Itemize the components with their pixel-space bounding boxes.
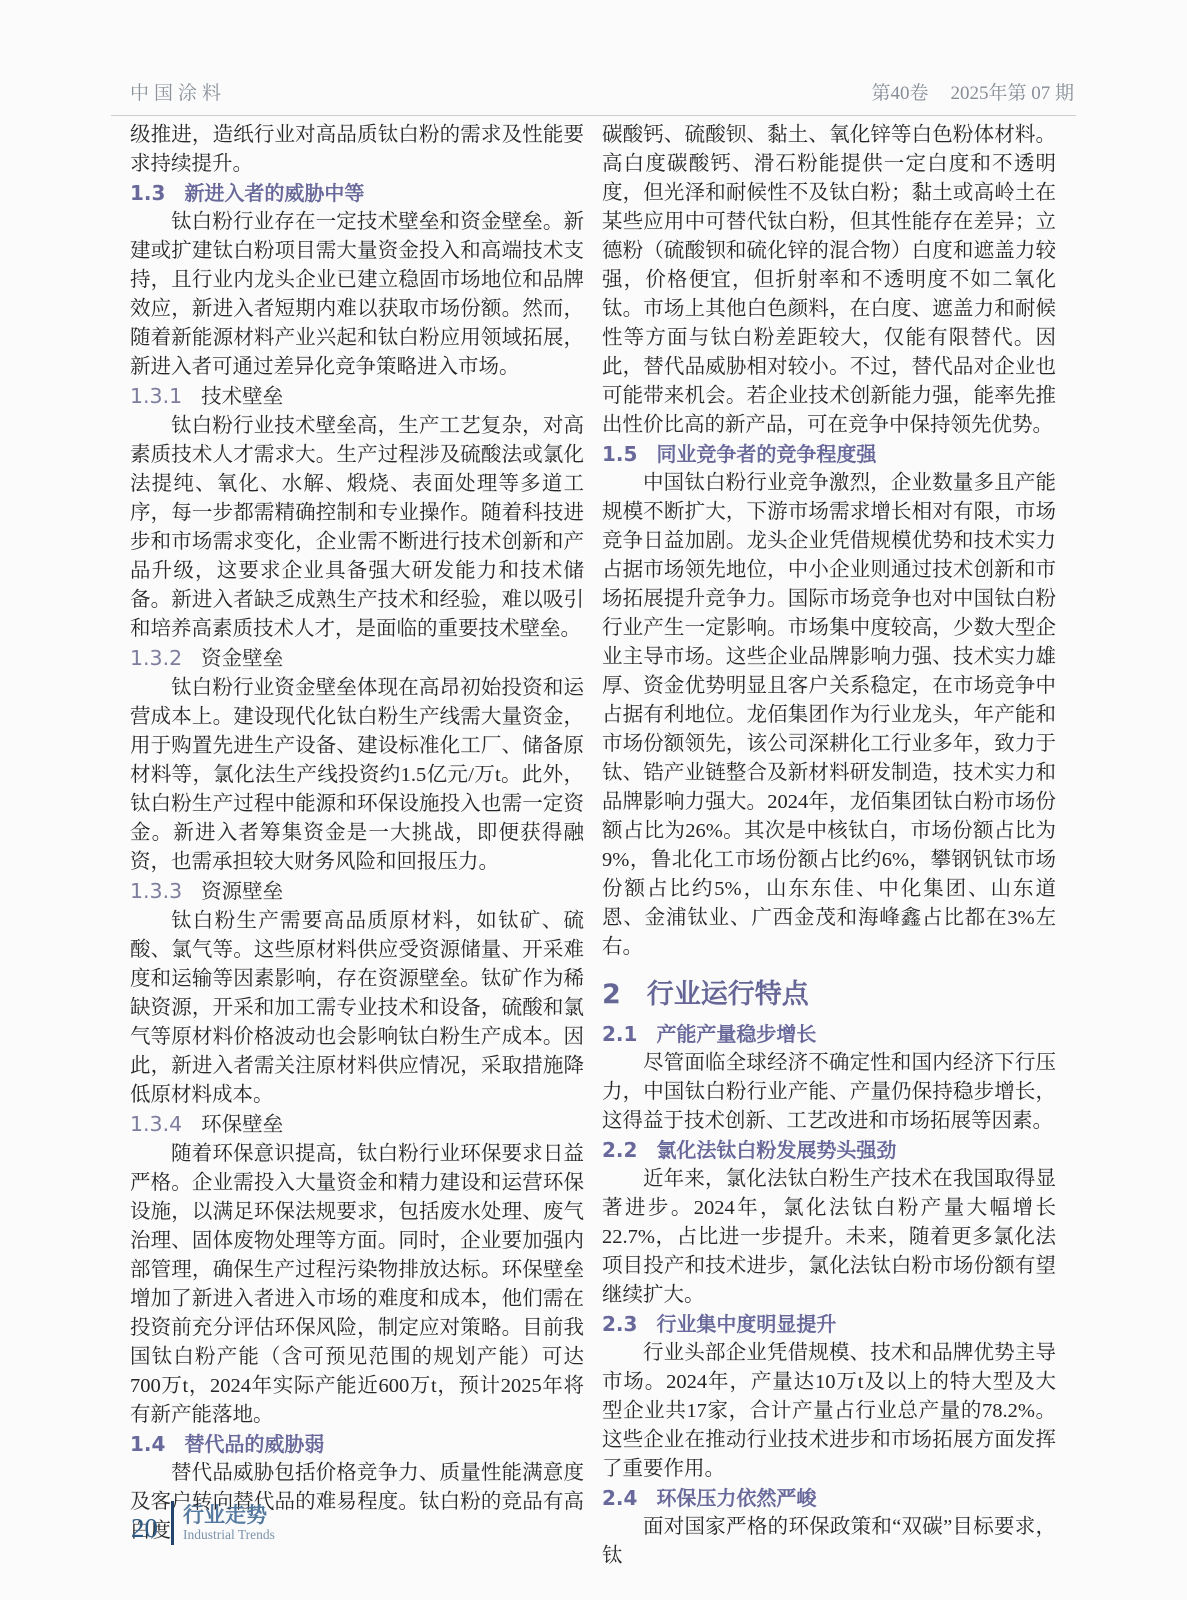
footer-section-subtitle: Industrial Trends [183, 1527, 275, 1543]
heading-number: 2.4 [602, 1486, 637, 1510]
article-body: 级推进，造纸行业对高品质钛白粉的需求及性能要求持续提升。1.3新进入者的威胁中等… [130, 121, 1056, 1571]
text-column: 级推进，造纸行业对高品质钛白粉的需求及性能要求持续提升。1.3新进入者的威胁中等… [130, 121, 584, 1571]
paragraph: 钛白粉行业存在一定技术壁垒和资金壁垒。新建或扩建钛白粉项目需大量资金投入和高端技… [130, 208, 584, 382]
heading-1.3.2: 1.3.2资金壁垒 [130, 644, 584, 674]
heading-title: 环保压力依然严峻 [656, 1486, 816, 1510]
heading-2.1: 2.1产能产量稳步增长 [602, 1020, 1056, 1049]
footer-section: 行业走势 Industrial Trends [183, 1503, 275, 1543]
heading-number: 2.3 [602, 1312, 637, 1336]
heading-title: 氯化法钛白粉发展势头强劲 [656, 1138, 896, 1162]
issue-info: 第40卷2025年第 07 期 [871, 78, 1074, 105]
paragraph: 面对国家严格的环保政策和“双碳”目标要求，钛 [602, 1513, 1056, 1571]
heading-1.3.1: 1.3.1技术壁垒 [130, 382, 584, 412]
heading-1.3.3: 1.3.3资源壁垒 [130, 877, 584, 907]
page-footer: 20 行业走势 Industrial Trends [131, 1501, 275, 1545]
heading-title: 环保壁垒 [201, 1114, 283, 1136]
heading-number: 2.2 [602, 1138, 637, 1162]
paragraph: 钛白粉行业资金壁垒体现在高昂初始投资和运营成本上。建设现代化钛白粉生产线需大量资… [130, 674, 584, 877]
heading-title: 新进入者的威胁中等 [184, 181, 364, 205]
heading-2.4: 2.4环保压力依然严峻 [602, 1484, 1056, 1513]
heading-title: 产能产量稳步增长 [656, 1022, 816, 1046]
heading-2.3: 2.3行业集中度明显提升 [602, 1310, 1056, 1339]
footer-section-title: 行业走势 [183, 1503, 275, 1527]
paragraph: 随着环保意识提高，钛白粉行业环保要求日益严格。企业需投入大量资金和精力建设和运营… [130, 1140, 584, 1430]
heading-number: 1.5 [602, 442, 637, 466]
text-column: 碳酸钙、硫酸钡、黏土、氧化锌等白色粉体材料。高白度碳酸钙、滑石粉能提供一定白度和… [602, 121, 1056, 1571]
page-header: 中国涂料 第40卷2025年第 07 期 [111, 0, 1076, 116]
heading-number: 2.1 [602, 1022, 637, 1046]
heading-1.3: 1.3新进入者的威胁中等 [130, 179, 584, 208]
heading-number: 1.3.4 [130, 1112, 182, 1136]
paragraph: 钛白粉行业技术壁垒高，生产工艺复杂，对高素质技术人才需求大。生产过程涉及硫酸法或… [130, 412, 584, 644]
heading-2: 2行业运行特点 [602, 977, 1056, 1013]
heading-number: 1.3.2 [130, 646, 182, 670]
heading-title: 行业运行特点 [647, 979, 809, 1010]
page-number: 20 [131, 1505, 158, 1542]
volume-label: 第40卷 [871, 83, 928, 104]
paragraph: 碳酸钙、硫酸钡、黏土、氧化锌等白色粉体材料。高白度碳酸钙、滑石粉能提供一定白度和… [602, 121, 1056, 440]
heading-number: 1.3.1 [130, 384, 182, 408]
footer-divider-bar [171, 1501, 174, 1545]
paragraph: 级推进，造纸行业对高品质钛白粉的需求及性能要求持续提升。 [130, 121, 584, 179]
heading-number: 1.3.3 [130, 879, 182, 903]
heading-2.2: 2.2氯化法钛白粉发展势头强劲 [602, 1136, 1056, 1165]
paragraph: 中国钛白粉行业竞争激烈，企业数量多且产能规模不断扩大，下游市场需求增长相对有限，… [602, 469, 1056, 962]
paragraph: 行业头部企业凭借规模、技术和品牌优势主导市场。2024年，产量达10万t及以上的… [602, 1339, 1056, 1484]
heading-title: 同业竞争者的竞争程度强 [656, 442, 876, 466]
heading-title: 资金壁垒 [201, 648, 283, 670]
paragraph: 钛白粉生产需要高品质原材料，如钛矿、硫酸、氯气等。这些原材料供应受资源储量、开采… [130, 907, 584, 1110]
heading-1.5: 1.5同业竞争者的竞争程度强 [602, 440, 1056, 469]
heading-number: 1.4 [130, 1432, 165, 1456]
heading-1.3.4: 1.3.4环保壁垒 [130, 1110, 584, 1140]
heading-title: 技术壁垒 [201, 386, 283, 408]
heading-number: 1.3 [130, 181, 165, 205]
heading-title: 行业集中度明显提升 [656, 1312, 836, 1336]
heading-1.4: 1.4替代品的威胁弱 [130, 1430, 584, 1459]
heading-title: 资源壁垒 [201, 881, 283, 903]
issue-label: 2025年第 07 期 [950, 83, 1074, 104]
heading-title: 替代品的威胁弱 [184, 1432, 324, 1456]
paragraph: 近年来，氯化法钛白粉生产技术在我国取得显著进步。2024年，氯化法钛白粉产量大幅… [602, 1165, 1056, 1310]
paragraph: 尽管面临全球经济不确定性和国内经济下行压力，中国钛白粉行业产能、产量仍保持稳步增… [602, 1049, 1056, 1136]
journal-title: 中国涂料 [130, 78, 226, 105]
heading-number: 2 [602, 979, 621, 1010]
